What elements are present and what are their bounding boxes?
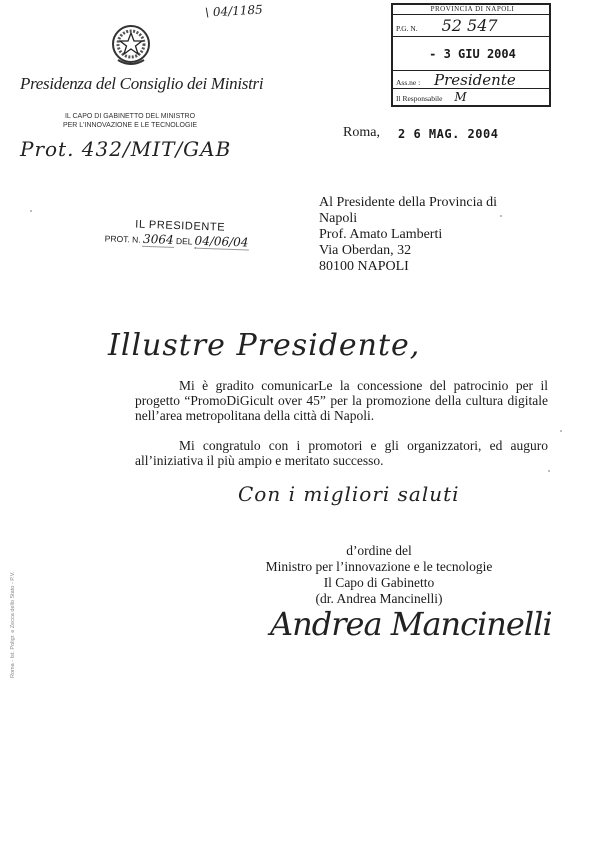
dateline-place: Roma, (343, 125, 380, 141)
stamp-pgn-row: P.G. N. 52 547 (393, 15, 549, 37)
department-name: IL CAPO DI GABINETTO DEL MINISTRO PER L'… (60, 113, 200, 130)
stamp-assignee-value: Presidente (434, 71, 516, 89)
del-date: 04/06/04 (194, 234, 248, 251)
signature-line: Ministro per l’innovazione e le tecnolog… (238, 559, 520, 575)
signature-line: d’ordine del (238, 543, 520, 559)
addressee-line: Prof. Amato Lamberti (319, 227, 497, 243)
addressee-line: 80100 NAPOLI (319, 259, 497, 275)
stamp-assignee-label: Ass.ne : (396, 78, 420, 87)
addressee-line: Al Presidente della Provincia di (319, 195, 497, 211)
del-label: DEL (176, 236, 193, 247)
prot-label: PROT. N. (105, 233, 141, 244)
addressee-line: Napoli (319, 211, 497, 227)
handwritten-closing: Con i migliori saluti (238, 482, 460, 506)
stamp-pgn-value: 52 547 (442, 16, 498, 35)
prot-number: 3064 (143, 232, 174, 248)
body-paragraph: Mi è gradito comunicarLe la concessione … (135, 378, 548, 423)
handwritten-signature: Andrea Mancinelli (270, 605, 552, 643)
stamp-pgn-label: P.G. N. (396, 24, 418, 33)
department-line-1: IL CAPO DI GABINETTO DEL MINISTRO (60, 113, 200, 122)
registration-stamp: PROVINCIA DI NAPOLI P.G. N. 52 547 - 3 G… (391, 3, 551, 107)
department-line-2: PER L'INNOVAZIONE E LE TECNOLOGIE (60, 122, 200, 131)
dateline-date: 2 6 MAG. 2004 (398, 127, 498, 141)
addressee-block: Al Presidente della Provincia di Napoli … (319, 195, 497, 275)
handwritten-salutation: Illustre Presidente, (108, 328, 420, 363)
stamp-assignee-row: Ass.ne : Presidente (393, 71, 549, 89)
letter-body: Mi è gradito comunicarLe la concessione … (135, 378, 548, 468)
stamp-responsible-row: Il Responsabile M (393, 89, 549, 105)
printer-side-note: Roma - Ist. Poligr. e Zecca dello Stato … (10, 548, 16, 678)
stamp-responsible-label: Il Responsabile (396, 94, 442, 103)
handwritten-top-mark: \ 04/1185 (205, 2, 263, 19)
italian-republic-emblem-icon (108, 22, 154, 68)
stamp-responsible-value: M (454, 90, 466, 104)
signature-line: Il Capo di Gabinetto (238, 575, 520, 591)
body-paragraph: Mi congratulo con i promotori e gli orga… (135, 438, 548, 468)
letterhead-title: Presidenza del Consiglio dei Ministri (20, 74, 263, 94)
addressee-line: Via Oberdan, 32 (319, 243, 497, 259)
signature-block: d’ordine del Ministro per l’innovazione … (238, 543, 520, 607)
stamp-date: - 3 GIU 2004 (393, 37, 549, 71)
stamp-header: PROVINCIA DI NAPOLI (393, 5, 549, 15)
handwritten-protocol-number: Prot. 432/MIT/GAB (20, 137, 231, 161)
presidente-stamp: IL PRESIDENTE PROT. N. 3064 DEL 04/06/04 (105, 218, 250, 250)
